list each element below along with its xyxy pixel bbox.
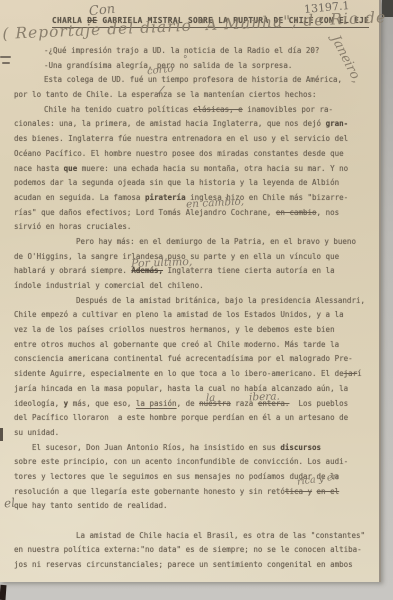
document-title: CHARLA DE GABRIELA MISTRAL SOBRE LA RUPT… bbox=[52, 16, 369, 28]
typed-line: des bienes. Inglaterra fúe nuestra entre… bbox=[14, 132, 366, 147]
typed-line: Pero hay más: en el demiurgo de la Patri… bbox=[14, 235, 366, 250]
typed-line: del Pacífico lloraron a este hombre porq… bbox=[14, 411, 366, 426]
typed-line: nace hasta que muere: una echada hacia s… bbox=[14, 162, 366, 177]
typed-line: que hay tanto sentido de realidad. bbox=[14, 499, 366, 514]
typed-line: sirvió en horas cruciales. bbox=[14, 220, 366, 235]
typed-line: resolución a que llegaría este gobernant… bbox=[14, 485, 366, 500]
typed-line: su unidad. bbox=[14, 426, 366, 441]
typed-line: jos ni reservas circunstanciales; parece… bbox=[14, 558, 366, 573]
typed-line: hablará y obrará siempre. Además, Inglat… bbox=[14, 264, 366, 279]
title-text: GABRIELA MISTRAL SOBRE LA RUPTURA DE CHI… bbox=[97, 16, 369, 25]
ink-mark bbox=[0, 428, 3, 441]
typed-line: Chile ha tenido cuatro políticas clásica… bbox=[14, 103, 366, 118]
photo-edge-sliver bbox=[0, 585, 7, 600]
blank-line bbox=[14, 514, 366, 529]
typed-line: sobre este principio, con un acento inco… bbox=[14, 455, 366, 470]
typed-line: cionales: una, la primera, de amistad ha… bbox=[14, 117, 366, 132]
typed-line: Después de la amistad británica, bajo la… bbox=[14, 294, 366, 309]
typed-line: consciencia americana continental fué ac… bbox=[14, 352, 366, 367]
typed-line: ideología, y más, que eso, la pasión, de… bbox=[14, 397, 366, 412]
typed-line: Océano Pacífico. El hombre nuestro posee… bbox=[14, 147, 366, 162]
typed-body: -¿Qué impresión trajo a UD. la noticia d… bbox=[14, 44, 366, 573]
typed-line: rías" que daños efectivos; Lord Tomás Al… bbox=[14, 206, 366, 221]
typed-line: sidente Aguirre, especialmente en lo que… bbox=[14, 367, 366, 382]
typed-line: entre otros muchos al gobernante que cre… bbox=[14, 338, 366, 353]
typed-line: de O'Higgins, la sangre irlandesa puso s… bbox=[14, 250, 366, 265]
margin-dash bbox=[0, 56, 11, 58]
typed-line: en nuestra política externa:"no data" es… bbox=[14, 543, 366, 558]
photo-dark-corner bbox=[382, 0, 393, 17]
typed-line: acudan en seguida. La famosa piratería i… bbox=[14, 191, 366, 206]
typed-line: vez la de los países criollos nuestros h… bbox=[14, 323, 366, 338]
scanned-typescript-photo: CHARLA DE GABRIELA MISTRAL SOBRE LA RUPT… bbox=[0, 0, 393, 600]
typed-line: jaría hincada en la masa popular, hasta … bbox=[14, 382, 366, 397]
typed-line: Chile empezó a cultivar en pleno la amis… bbox=[14, 308, 366, 323]
typed-line: El sucesor, Don Juan Antonio Ríos, ha in… bbox=[14, 441, 366, 456]
typed-line: tores y lectores que le seguimos en sus … bbox=[14, 470, 366, 485]
margin-dash bbox=[2, 62, 10, 64]
typed-line: podemos dar la segunda ojeada sin que la… bbox=[14, 176, 366, 191]
typed-line: Esta colega de UD. fué un tiempo profeso… bbox=[14, 73, 366, 88]
title-struck-word: DE bbox=[87, 16, 97, 25]
typed-line: -Una grandísima alegría, pero no salida … bbox=[14, 59, 366, 74]
typed-line: por lo tanto de Chile. La esperanza se l… bbox=[14, 88, 366, 103]
typed-line: La amistad de Chile hacia el Brasil, es … bbox=[14, 529, 366, 544]
typed-line: -¿Qué impresión trajo a UD. la noticia d… bbox=[14, 44, 366, 59]
typed-line: índole industrial y comercial del chilen… bbox=[14, 279, 366, 294]
title-text: CHARLA bbox=[52, 16, 87, 25]
